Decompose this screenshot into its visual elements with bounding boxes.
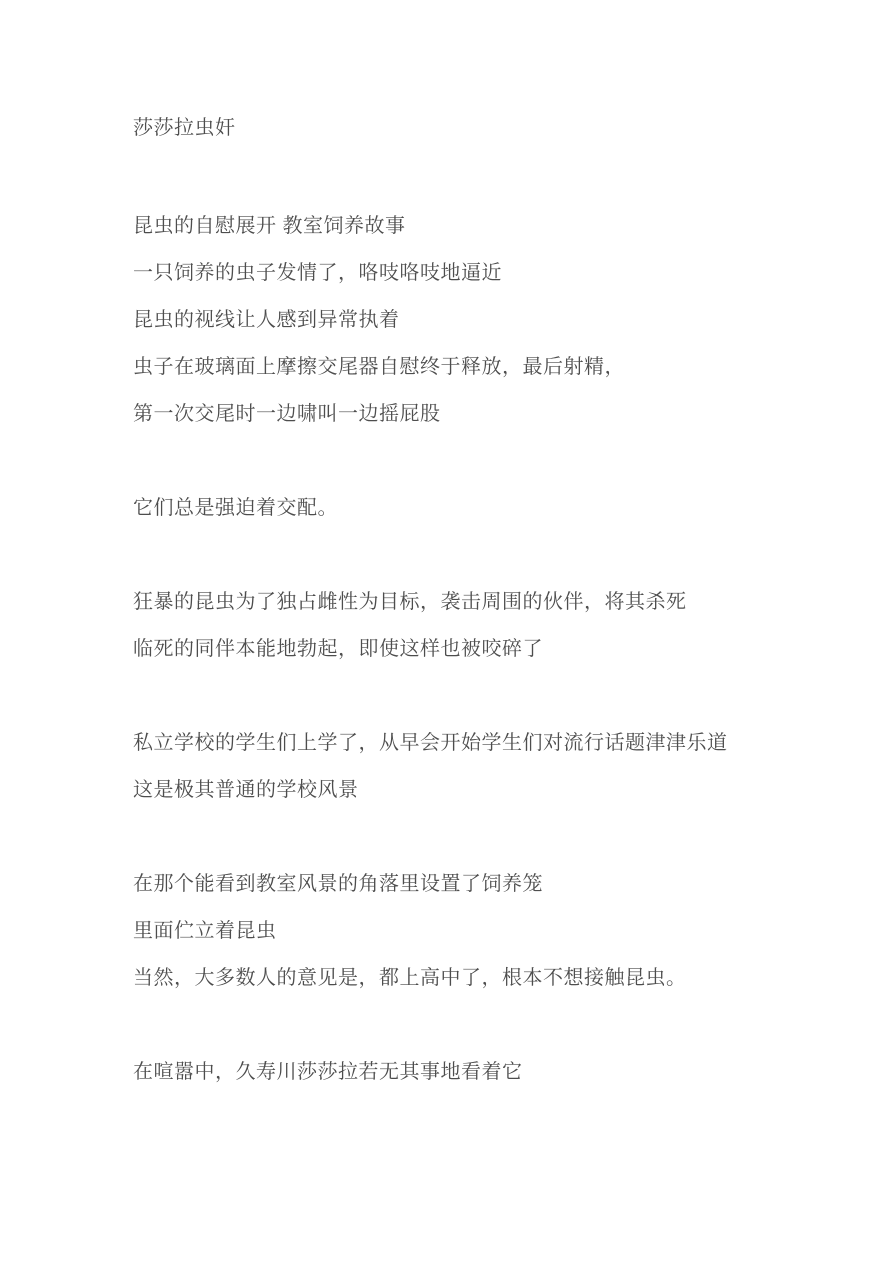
- text-line: 临死的同伴本能地勃起，即使这样也被咬碎了: [133, 626, 832, 673]
- text-line: 狂暴的昆虫为了独占雌性为目标，袭击周围的伙伴，将其杀死: [133, 579, 832, 626]
- text-line: 昆虫的视线让人感到异常执着: [133, 297, 832, 344]
- text-line: 一只饲养的虫子发情了，咯吱咯吱地逼近: [133, 250, 832, 297]
- text-line: 这是极其普通的学校风景: [133, 767, 832, 814]
- text-line: 私立学校的学生们上学了，从早会开始学生们对流行话题津津乐道: [133, 720, 832, 767]
- text-line: 昆虫的自慰展开 教室饲养故事: [133, 203, 832, 250]
- paragraph-block: 昆虫的自慰展开 教室饲养故事 一只饲养的虫子发情了，咯吱咯吱地逼近 昆虫的视线让…: [133, 203, 832, 438]
- text-line: 在喧嚣中，久寿川莎莎拉若无其事地看着它: [133, 1049, 832, 1096]
- document-page: 莎莎拉虫奸 昆虫的自慰展开 教室饲养故事 一只饲养的虫子发情了，咯吱咯吱地逼近 …: [0, 0, 892, 1262]
- paragraph-block: 在那个能看到教室风景的角落里设置了饲养笼 里面伫立着昆虫 当然，大多数人的意见是…: [133, 861, 832, 1002]
- paragraph-block: 狂暴的昆虫为了独占雌性为目标，袭击周围的伙伴，将其杀死 临死的同伴本能地勃起，即…: [133, 579, 832, 673]
- document-title: 莎莎拉虫奸: [133, 105, 832, 152]
- text-line: 在那个能看到教室风景的角落里设置了饲养笼: [133, 861, 832, 908]
- paragraph-block: 它们总是强迫着交配。: [133, 485, 832, 532]
- text-line: 当然，大多数人的意见是，都上高中了，根本不想接触昆虫。: [133, 955, 832, 1002]
- text-line: 里面伫立着昆虫: [133, 908, 832, 955]
- paragraph-block: 在喧嚣中，久寿川莎莎拉若无其事地看着它: [133, 1049, 832, 1096]
- text-line: 虫子在玻璃面上摩擦交尾器自慰终于释放，最后射精，: [133, 344, 832, 391]
- text-line: 第一次交尾时一边啸叫一边摇屁股: [133, 391, 832, 438]
- title-block: 莎莎拉虫奸: [133, 105, 832, 152]
- paragraph-block: 私立学校的学生们上学了，从早会开始学生们对流行话题津津乐道 这是极其普通的学校风…: [133, 720, 832, 814]
- text-line: 它们总是强迫着交配。: [133, 485, 832, 532]
